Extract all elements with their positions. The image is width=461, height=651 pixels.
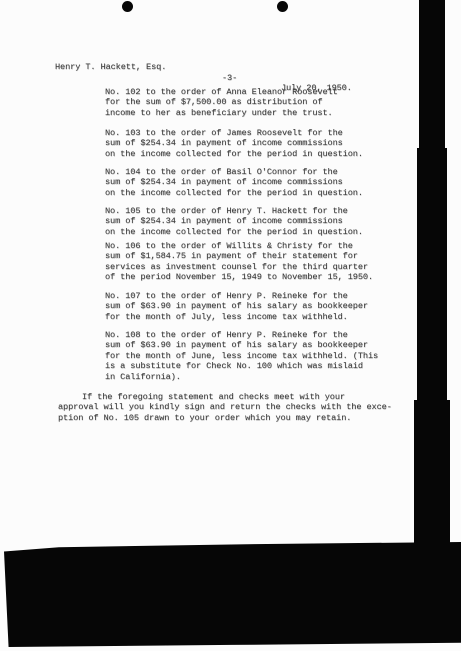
document-page: Henry T. Hackett, Esq. -3- July 20, 1950… [0, 0, 461, 651]
punch-hole-icon [277, 1, 288, 12]
addressee-name: Henry T. Hackett, Esq. [55, 62, 166, 72]
check-item-107: No. 107 to the order of Henry P. Reineke… [105, 291, 405, 322]
punch-hole-icon [122, 1, 133, 12]
check-item-106: No. 106 to the order of Willits & Christ… [105, 241, 405, 283]
check-item-108: No. 108 to the order of Henry P. Reineke… [105, 330, 405, 382]
scan-artifact-right-band [419, 0, 445, 150]
check-item-105: No. 105 to the order of Henry T. Hackett… [105, 206, 405, 237]
check-item-103: No. 103 to the order of James Roosevelt … [105, 128, 405, 159]
scan-artifact-right-band [414, 400, 450, 552]
scan-artifact-right-band [417, 148, 447, 403]
scan-artifact-bottom-block [4, 542, 461, 647]
closing-paragraph: If the foregoing statement and checks me… [58, 392, 418, 423]
check-item-104: No. 104 to the order of Basil O'Connor f… [105, 167, 405, 198]
check-item-102: No. 102 to the order of Anna Eleanor Roo… [105, 87, 405, 118]
letter-header: Henry T. Hackett, Esq. -3- July 20, 1950… [0, 52, 461, 64]
page-number: -3- [222, 73, 237, 83]
